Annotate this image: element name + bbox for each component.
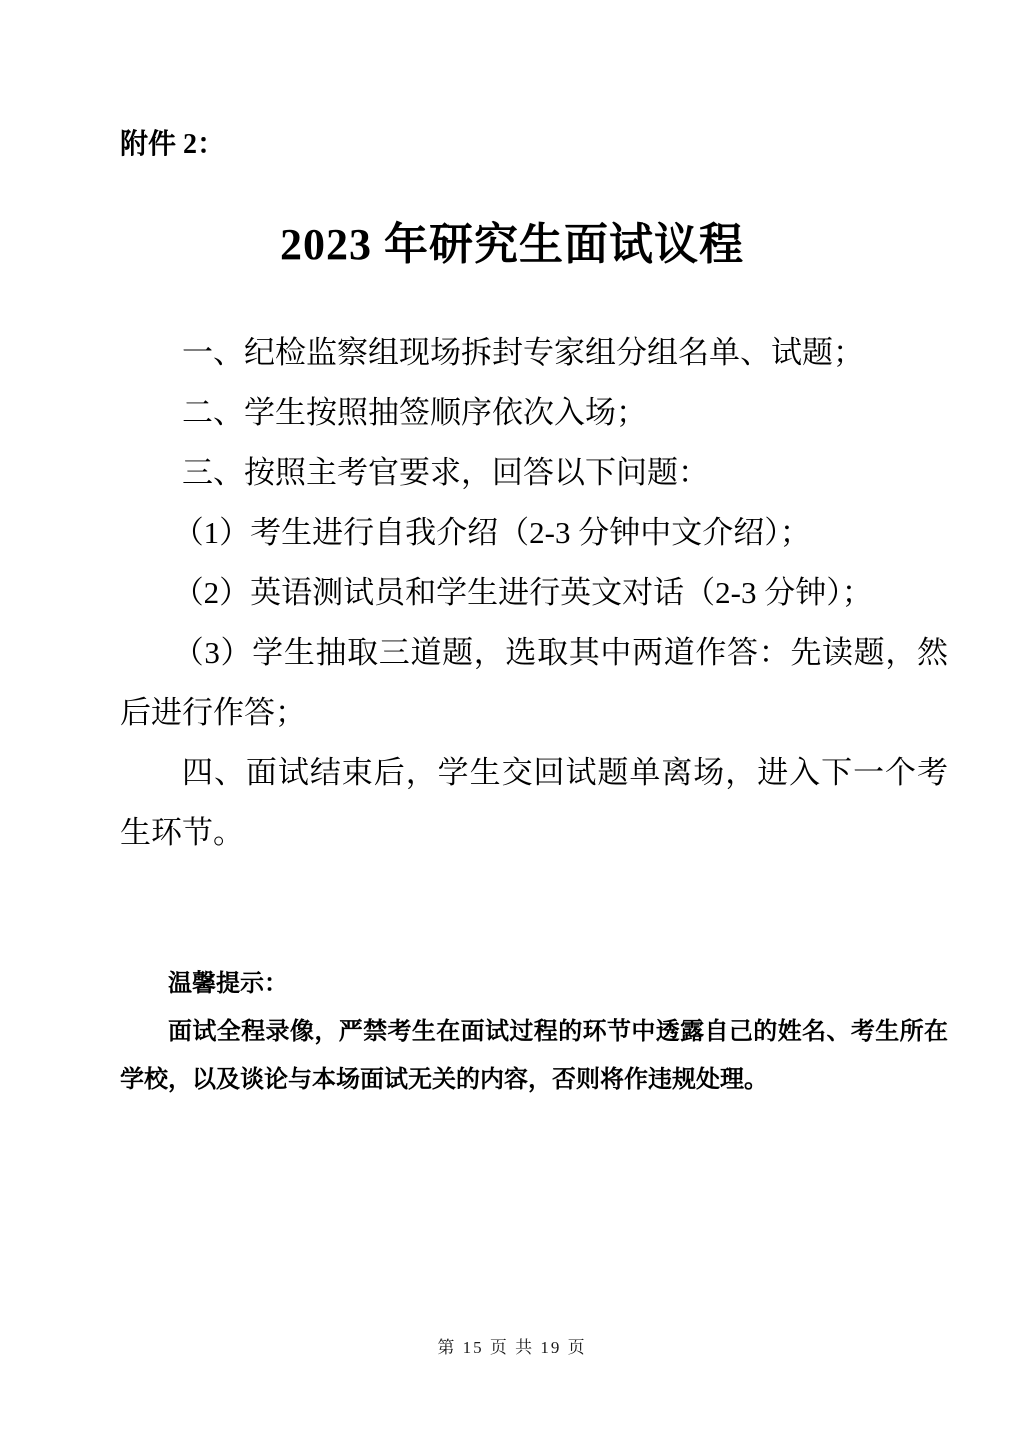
attachment-label: 附件 2： bbox=[120, 129, 225, 160]
attachment-row: 附件 2： bbox=[0, 125, 1024, 165]
agenda-subitem-2: （2）英语测试员和学生进行英文对话（2-3 分钟）； bbox=[120, 563, 948, 623]
notice-heading: 温馨提示： bbox=[120, 959, 948, 1007]
notice-section: 温馨提示： 面试全程录像，严禁考生在面试过程的环节中透露自己的姓名、考生所在学校… bbox=[120, 959, 948, 1103]
agenda-item-3: 三、按照主考官要求，回答以下问题： bbox=[120, 443, 948, 503]
document-title: 2023 年研究生面试议程 bbox=[0, 217, 1024, 273]
agenda-list: 一、纪检监察组现场拆封专家组分组名单、试题； 二、学生按照抽签顺序依次入场； 三… bbox=[120, 323, 948, 863]
agenda-item-1: 一、纪检监察组现场拆封专家组分组名单、试题； bbox=[120, 323, 948, 383]
notice-body: 面试全程录像，严禁考生在面试过程的环节中透露自己的姓名、考生所在学校，以及谈论与… bbox=[120, 1007, 948, 1103]
agenda-subitem-3: （3）学生抽取三道题，选取其中两道作答：先读题，然后进行作答； bbox=[120, 623, 948, 743]
agenda-item-2: 二、学生按照抽签顺序依次入场； bbox=[120, 383, 948, 443]
document-page: 附件 2： 2023 年研究生面试议程 一、纪检监察组现场拆封专家组分组名单、试… bbox=[0, 0, 1024, 1448]
agenda-subitem-1: （1）考生进行自我介绍（2-3 分钟中文介绍）； bbox=[120, 503, 948, 563]
document-body: 一、纪检监察组现场拆封专家组分组名单、试题； 二、学生按照抽签顺序依次入场； 三… bbox=[0, 323, 1024, 1103]
page-number: 第 15 页 共 19 页 bbox=[0, 1338, 1024, 1358]
agenda-item-4: 四、面试结束后，学生交回试题单离场，进入下一个考生环节。 bbox=[120, 743, 948, 863]
